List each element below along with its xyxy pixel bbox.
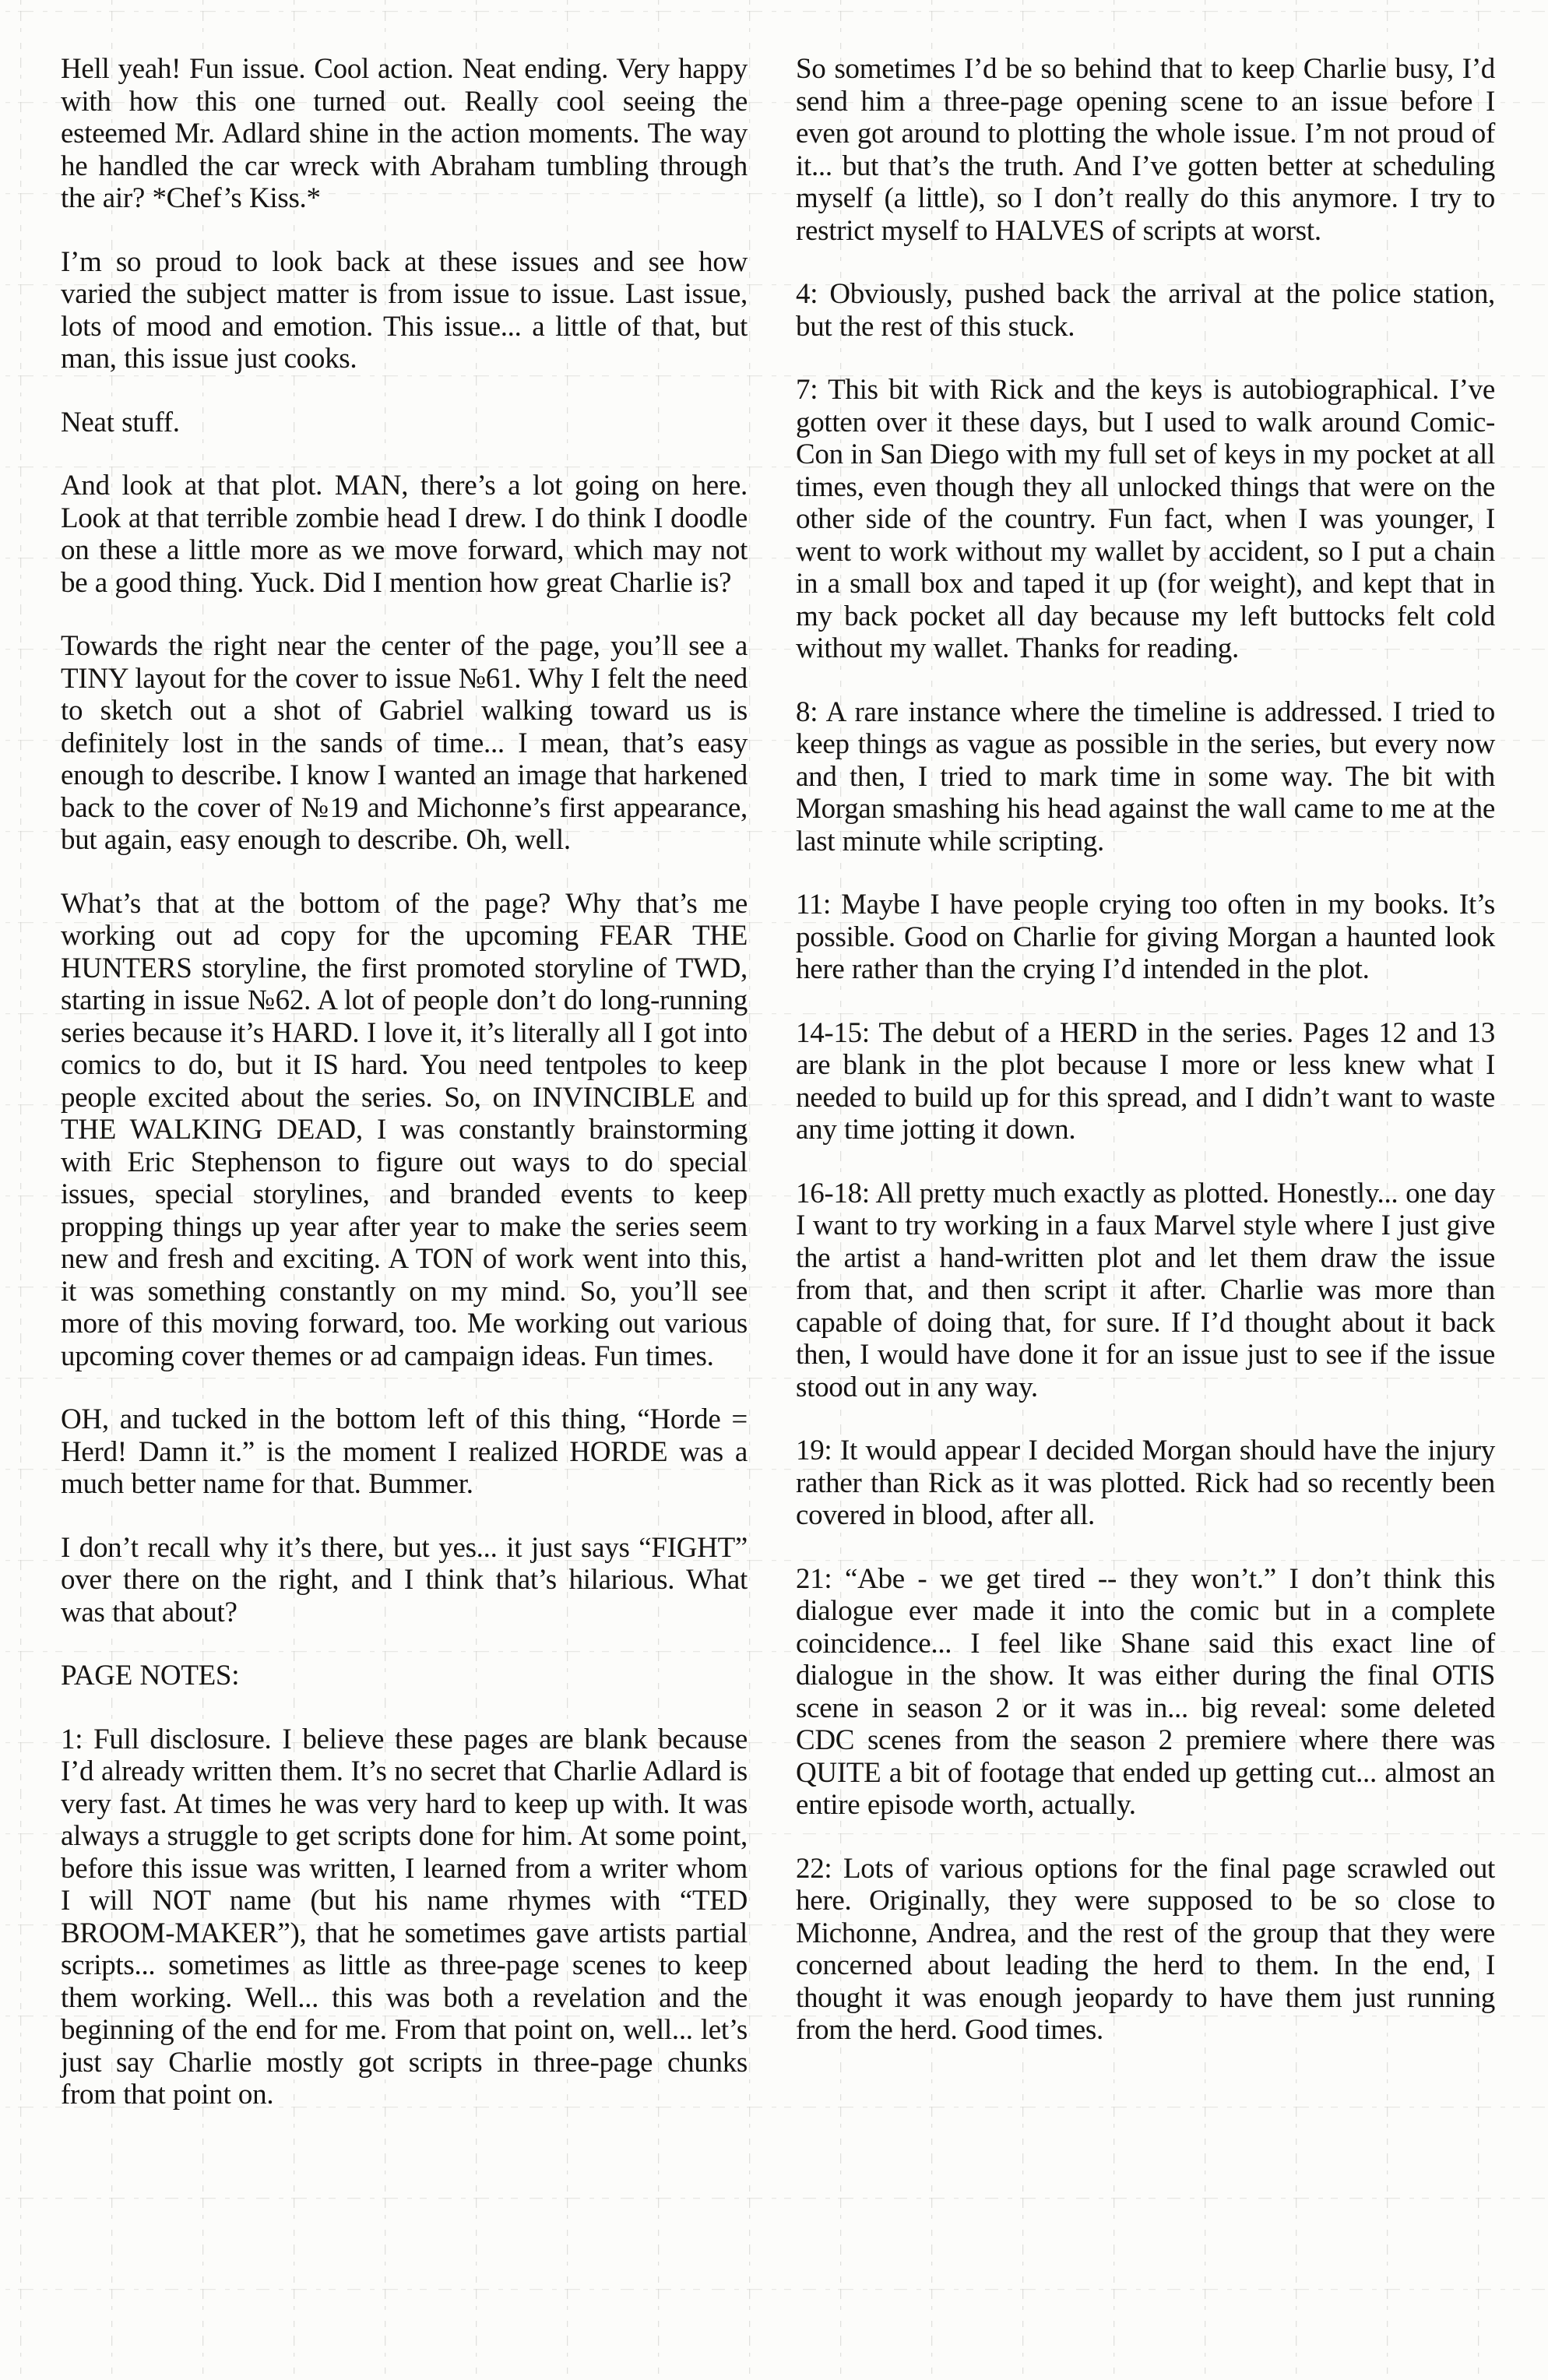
paragraph: Hell yeah! Fun issue. Cool action. Neat … (61, 53, 748, 215)
paragraph: 8: A rare instance where the timeline is… (796, 696, 1495, 858)
paragraph: 16-18: All pretty much exactly as plotte… (796, 1178, 1495, 1404)
left-text-column: Hell yeah! Fun issue. Cool action. Neat … (61, 53, 748, 2111)
scanned-page: { "page": { "paper_color": "#fcfcfa", "g… (0, 0, 1548, 2380)
paragraph: I’m so proud to look back at these issue… (61, 246, 748, 375)
paragraph: I don’t recall why it’s there, but yes..… (61, 1532, 748, 1629)
paragraph: What’s that at the bottom of the page? W… (61, 888, 748, 1373)
paragraph: 14-15: The debut of a HERD in the series… (796, 1017, 1495, 1146)
paragraph: 19: It would appear I decided Morgan sho… (796, 1435, 1495, 1532)
paragraph: And look at that plot. MAN, there’s a lo… (61, 470, 748, 599)
paragraph: 21: “Abe - we get tired -- they won’t.” … (796, 1563, 1495, 1822)
paragraph: 22: Lots of various options for the fina… (796, 1853, 1495, 2047)
paragraph: 11: Maybe I have people crying too often… (796, 889, 1495, 986)
paragraph: 7: This bit with Rick and the keys is au… (796, 374, 1495, 665)
document-page: Hell yeah! Fun issue. Cool action. Neat … (0, 0, 1548, 2380)
paragraph: Neat stuff. (61, 407, 748, 439)
right-text-column: So sometimes I’d be so behind that to ke… (796, 53, 1495, 2047)
paragraph: 1: Full disclosure. I believe these page… (61, 1723, 748, 2111)
paragraph: So sometimes I’d be so behind that to ke… (796, 53, 1495, 247)
paragraph: OH, and tucked in the bottom left of thi… (61, 1403, 748, 1501)
paragraph: 4: Obviously, pushed back the arrival at… (796, 278, 1495, 343)
paragraph: Towards the right near the center of the… (61, 630, 748, 857)
paragraph: PAGE NOTES: (61, 1660, 748, 1692)
